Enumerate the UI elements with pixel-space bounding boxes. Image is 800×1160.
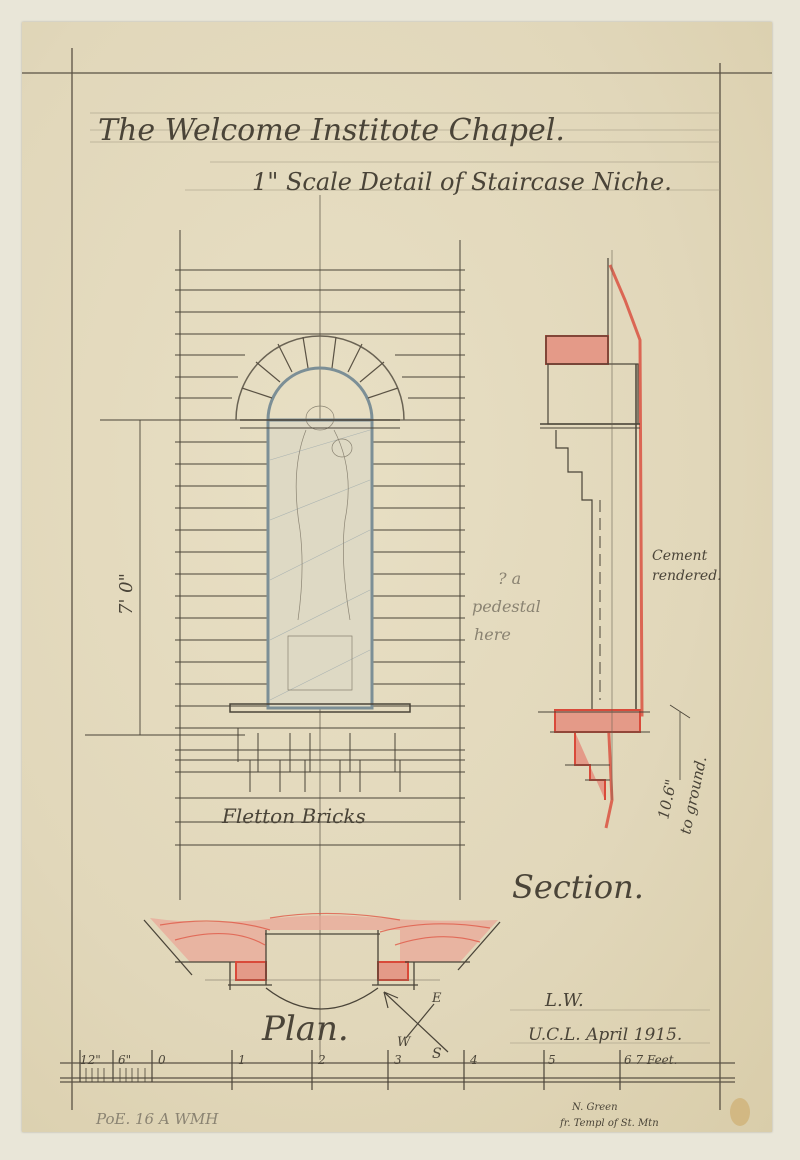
svg-text:? a: ? a — [498, 569, 521, 588]
brick-label: Fletton Bricks — [221, 804, 366, 828]
scale-bar-labels: 12" 6" 0 1 2 3 4 5 6 7 Feet. — [80, 1053, 677, 1067]
stain — [730, 1098, 750, 1126]
svg-text:12": 12" — [80, 1053, 101, 1067]
drawing-subtitle: 1" Scale Detail of Staircase Niche. — [252, 168, 672, 196]
compass-east: E — [431, 991, 442, 1006]
svg-text:6": 6" — [118, 1053, 131, 1067]
render-note-line2: rendered. — [652, 568, 722, 584]
compass-west: W — [397, 1035, 412, 1050]
signature-date: U.C.L. April 1915. — [528, 1025, 682, 1045]
pedestal-note: ? a pedestal here — [472, 569, 541, 644]
height-dimension-label: 7' 0" — [116, 573, 137, 615]
section-drawing — [538, 250, 690, 828]
niche-opening — [230, 406, 410, 712]
svg-text:here: here — [474, 625, 511, 644]
ground-note-line1: 10.6" — [654, 778, 680, 821]
render-note-line1: Cement — [652, 548, 708, 564]
svg-text:0: 0 — [158, 1053, 166, 1067]
height-dimension — [85, 420, 245, 735]
svg-text:2: 2 — [317, 1053, 326, 1067]
svg-text:4: 4 — [469, 1053, 478, 1067]
svg-text:5: 5 — [548, 1053, 556, 1067]
ground-note-line2: to ground. — [676, 754, 710, 835]
svg-text:6 7 Feet.: 6 7 Feet. — [624, 1053, 677, 1067]
section-label: Section. — [512, 868, 644, 906]
architectural-drawing: The Welcome Institote Chapel. 1" Scale D… — [0, 0, 800, 1160]
archive-note-right-1: N. Green — [571, 1102, 618, 1113]
archive-note-right-2: fr. Templ of St. Mtn — [559, 1118, 659, 1129]
archive-note-left: PoE. 16 A WMH — [95, 1110, 219, 1128]
compass-south: S — [432, 1046, 442, 1062]
drawing-title: The Welcome Institote Chapel. — [98, 113, 565, 148]
signature-initials: L.W. — [544, 990, 584, 1011]
plan-label: Plan. — [261, 1009, 349, 1049]
svg-text:3: 3 — [394, 1053, 402, 1067]
plan-drawing — [144, 913, 500, 1009]
svg-text:pedestal: pedestal — [472, 597, 541, 616]
svg-text:1: 1 — [238, 1053, 246, 1067]
